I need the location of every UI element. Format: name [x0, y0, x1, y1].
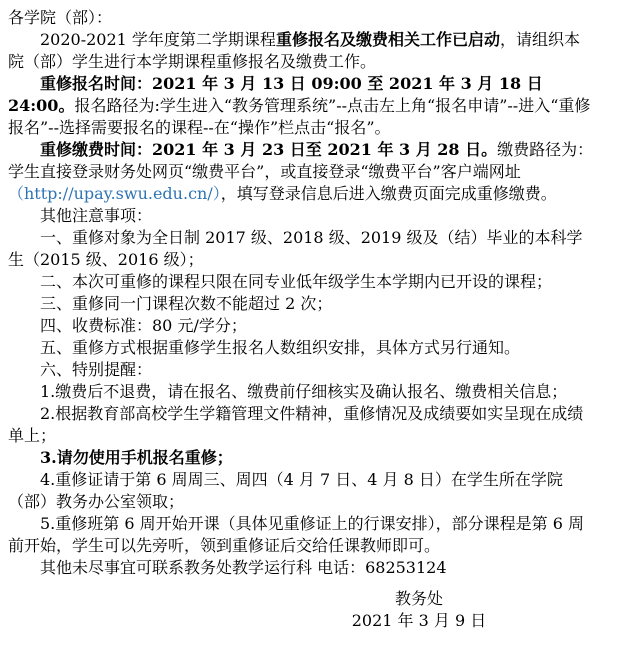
signature-signer: 教务处 [244, 588, 594, 610]
intro-text-pre: 2020-2021 学年度第二学期课程 [40, 30, 276, 49]
signature-block: 教务处 2021 年 3 月 9 日 [8, 588, 594, 632]
intro-paragraph: 2020-2021 学年度第二学期课程重修报名及缴费相关工作已启动，请组织本院（… [8, 29, 594, 73]
payment-path-tail: ，填写登录信息后进入缴费页面完成重修缴费。 [221, 184, 557, 203]
registration-paragraph: 重修报名时间：2021 年 3 月 13 日 09:00 至 2021 年 3 … [8, 73, 594, 139]
note-item-6-special-heading: 六、特别提醒： [8, 359, 594, 381]
reminder-item-3-no-mobile: 3.请勿使用手机报名重修； [8, 447, 594, 469]
signature-date: 2021 年 3 月 9 日 [244, 610, 594, 632]
notice-page: 各学院（部）： 2020-2021 学年度第二学期课程重修报名及缴费相关工作已启… [0, 0, 624, 649]
reminder-item-2: 2.根据教育部高校学生学籍管理文件精神，重修情况及成绩要如实呈现在成绩单上； [8, 403, 594, 447]
payment-paragraph: 重修缴费时间：2021 年 3 月 23 日至 2021 年 3 月 28 日。… [8, 139, 594, 205]
note-item-5: 五、重修方式根据重修学生报名人数组织安排，具体方式另行通知。 [8, 337, 594, 359]
contact-line: 其他未尽事宜可联系教务处教学运行科 电话：68253124 [8, 557, 594, 579]
intro-bold-announcement: 重修报名及缴费相关工作已启动 [276, 30, 500, 49]
registration-path-text: 报名路径为:学生进入“教务管理系统”--点击左上角“报名申请”--进入“重修报名… [8, 96, 590, 137]
note-item-3: 三、重修同一门课程次数不能超过 2 次； [8, 293, 594, 315]
reminder-item-5: 5.重修班第 6 周开始开课（具体见重修证上的行课安排），部分课程是第 6 周前… [8, 513, 594, 557]
payment-time-bold: 重修缴费时间：2021 年 3 月 23 日至 2021 年 3 月 28 日。 [40, 140, 497, 159]
notes-heading: 其他注意事项： [8, 205, 594, 227]
salutation: 各学院（部）： [8, 7, 594, 29]
reminder-item-4: 4.重修证请于第 6 周周三、周四（4 月 7 日、4 月 8 日）在学生所在学… [8, 469, 594, 513]
note-item-1: 一、重修对象为全日制 2017 级、2018 级、2019 级及（结）毕业的本科… [8, 227, 594, 271]
note-item-4: 四、收费标准：80 元/学分； [8, 315, 594, 337]
notice-document: 各学院（部）： 2020-2021 学年度第二学期课程重修报名及缴费相关工作已启… [0, 0, 624, 632]
note-item-2: 二、本次可重修的课程只限在同专业低年级学生本学期内已开设的课程； [8, 271, 594, 293]
reminder-item-1: 1.缴费后不退费，请在报名、缴费前仔细核实及确认报名、缴费相关信息； [8, 381, 594, 403]
payment-platform-link[interactable]: （http://upay.swu.edu.cn/） [8, 184, 221, 203]
